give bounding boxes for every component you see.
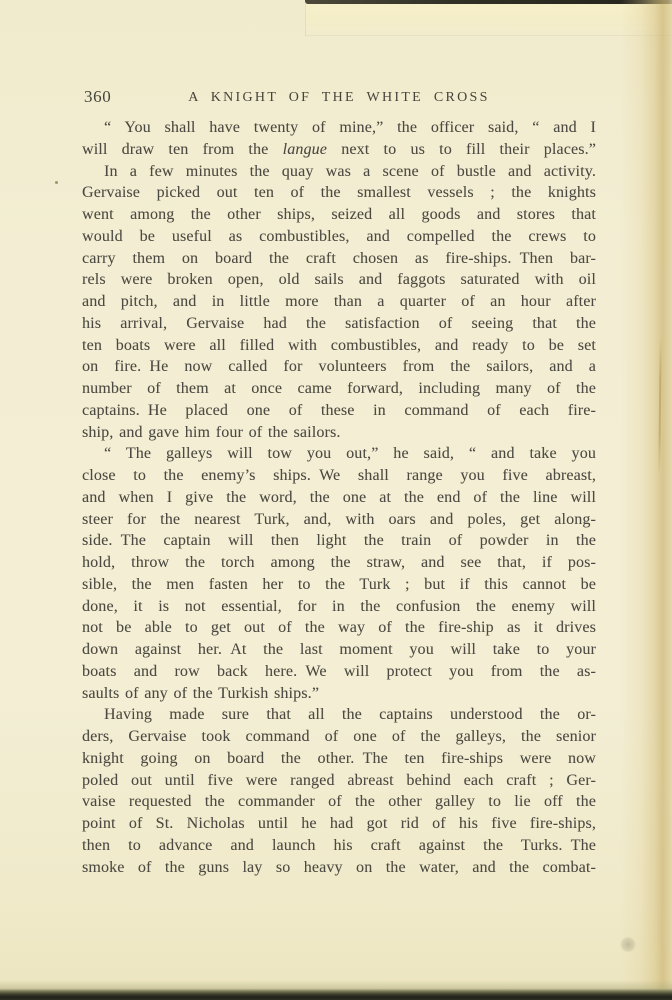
text-segment: “ You shall have twenty of mine,” the of… — [104, 119, 596, 136]
text-segment: Gervaise picked out ten of the smallest … — [82, 184, 596, 201]
text-block: “ You shall have twenty of mine,” the of… — [82, 117, 596, 878]
paragraph: “ The galleys will tow you out,” he said… — [82, 443, 596, 704]
text-segment: point of St. Nicholas until he had got r… — [82, 815, 596, 832]
text-segment: ders, Gervaise took command of one of th… — [82, 728, 596, 745]
text-segment: next to us to fill their places.” — [327, 141, 596, 158]
text-line: sible, the men fasten her to the Turk ; … — [82, 574, 596, 596]
text-line: Gervaise picked out ten of the smallest … — [82, 182, 596, 204]
text-segment: smoke of the guns lay so heavy on the wa… — [82, 859, 596, 876]
paragraph: In a few minutes the quay was a scene of… — [82, 161, 596, 444]
text-line: on fire. He now called for volunteers fr… — [82, 356, 596, 378]
text-segment: carry them on board the craft chosen as … — [82, 250, 596, 267]
text-segment: then to advance and launch his craft aga… — [82, 837, 596, 854]
text-line: ten boats were all filled with combustib… — [82, 335, 596, 357]
text-line: went among the other ships, seized all g… — [82, 204, 596, 226]
text-line: captains. He placed one of these in comm… — [82, 400, 596, 422]
text-segment: ship, and gave him four of the sailors. — [82, 424, 341, 441]
text-line: his arrival, Gervaise had the satisfacti… — [82, 313, 596, 335]
text-line: saults of any of the Turkish ships.” — [82, 683, 596, 705]
text-segment: knight going on board the other. The ten… — [82, 750, 596, 767]
book-page: 360 A KNIGHT OF THE WHITE CROSS “ You sh… — [0, 0, 672, 1000]
text-segment: done, it is not essential, for in the co… — [82, 598, 596, 615]
text-segment: hold, throw the torch among the straw, a… — [82, 554, 596, 571]
text-segment: on fire. He now called for volunteers fr… — [82, 358, 596, 375]
text-segment: ten boats were all filled with combustib… — [82, 337, 596, 354]
text-line: Having made sure that all the captains u… — [82, 704, 596, 726]
text-segment: saults of any of the Turkish ships.” — [82, 685, 319, 702]
text-line: hold, throw the torch among the straw, a… — [82, 552, 596, 574]
text-line: would be useful as combustibles, and com… — [82, 226, 596, 248]
text-line: In a few minutes the quay was a scene of… — [82, 161, 596, 183]
text-segment: Having made sure that all the captains u… — [104, 706, 596, 723]
text-line: and when I give the word, the one at the… — [82, 487, 596, 509]
text-line: number of them at once came forward, inc… — [82, 378, 596, 400]
text-segment: his arrival, Gervaise had the satisfacti… — [82, 315, 596, 332]
text-segment: would be useful as combustibles, and com… — [82, 228, 596, 245]
text-line: rels were broken open, old sails and fag… — [82, 269, 596, 291]
text-segment: and when I give the word, the one at the… — [82, 489, 596, 506]
text-segment: number of them at once came forward, inc… — [82, 380, 596, 397]
text-segment: will draw ten from the — [82, 141, 283, 158]
text-segment: vaise requested the commander of the oth… — [82, 793, 596, 810]
text-segment: close to the enemy’s ships. We shall ran… — [82, 467, 596, 484]
text-line: steer for the nearest Turk, and, with oa… — [82, 509, 596, 531]
page-right-edge-shading — [620, 0, 672, 992]
scan-top-page-edge — [305, 0, 672, 36]
text-segment: “ The galleys will tow you out,” he said… — [104, 445, 596, 462]
text-line: then to advance and launch his craft aga… — [82, 835, 596, 857]
paragraph: Having made sure that all the captains u… — [82, 704, 596, 878]
text-line: boats and row back here. We will protect… — [82, 661, 596, 683]
paragraph: “ You shall have twenty of mine,” the of… — [82, 117, 596, 161]
text-segment: went among the other ships, seized all g… — [82, 206, 596, 223]
text-line: and pitch, and in little more than a qua… — [82, 291, 596, 313]
text-line: side. The captain will then light the tr… — [82, 530, 596, 552]
text-segment: and pitch, and in little more than a qua… — [82, 293, 596, 310]
text-line: carry them on board the craft chosen as … — [82, 248, 596, 270]
scan-bottom-dark-edge — [0, 980, 672, 1000]
text-line: not be able to get out of the way of the… — [82, 617, 596, 639]
text-segment: down against her. At the last moment you… — [82, 641, 596, 658]
text-segment: In a few minutes the quay was a scene of… — [104, 163, 596, 180]
text-line: down against her. At the last moment you… — [82, 639, 596, 661]
text-line: ship, and gave him four of the sailors. — [82, 422, 596, 444]
text-line: ders, Gervaise took command of one of th… — [82, 726, 596, 748]
text-segment: poled out until five were ranged abreast… — [82, 772, 596, 789]
scan-top-dark-strip — [305, 0, 672, 4]
text-segment: side. The captain will then light the tr… — [82, 532, 596, 549]
text-line: close to the enemy’s ships. We shall ran… — [82, 465, 596, 487]
text-line: knight going on board the other. The ten… — [82, 748, 596, 770]
text-segment: not be able to get out of the way of the… — [82, 619, 596, 636]
text-line: “ You shall have twenty of mine,” the of… — [82, 117, 596, 139]
paper-speck — [55, 181, 58, 184]
running-header-title: A KNIGHT OF THE WHITE CROSS — [82, 90, 596, 106]
text-line: poled out until five were ranged abreast… — [82, 770, 596, 792]
text-segment: steer for the nearest Turk, and, with oa… — [82, 511, 596, 528]
text-segment: captains. He placed one of these in comm… — [82, 402, 596, 419]
text-segment: rels were broken open, old sails and fag… — [82, 271, 596, 288]
text-line: point of St. Nicholas until he had got r… — [82, 813, 596, 835]
text-segment: boats and row back here. We will protect… — [82, 663, 596, 680]
text-line: vaise requested the commander of the oth… — [82, 791, 596, 813]
text-line: done, it is not essential, for in the co… — [82, 596, 596, 618]
text-line: “ The galleys will tow you out,” he said… — [82, 443, 596, 465]
paper-smudge — [620, 937, 636, 952]
text-line: smoke of the guns lay so heavy on the wa… — [82, 857, 596, 879]
text-segment: sible, the men fasten her to the Turk ; … — [82, 576, 596, 593]
italic-text: langue — [283, 141, 327, 158]
text-line: will draw ten from the langue next to us… — [82, 139, 596, 161]
